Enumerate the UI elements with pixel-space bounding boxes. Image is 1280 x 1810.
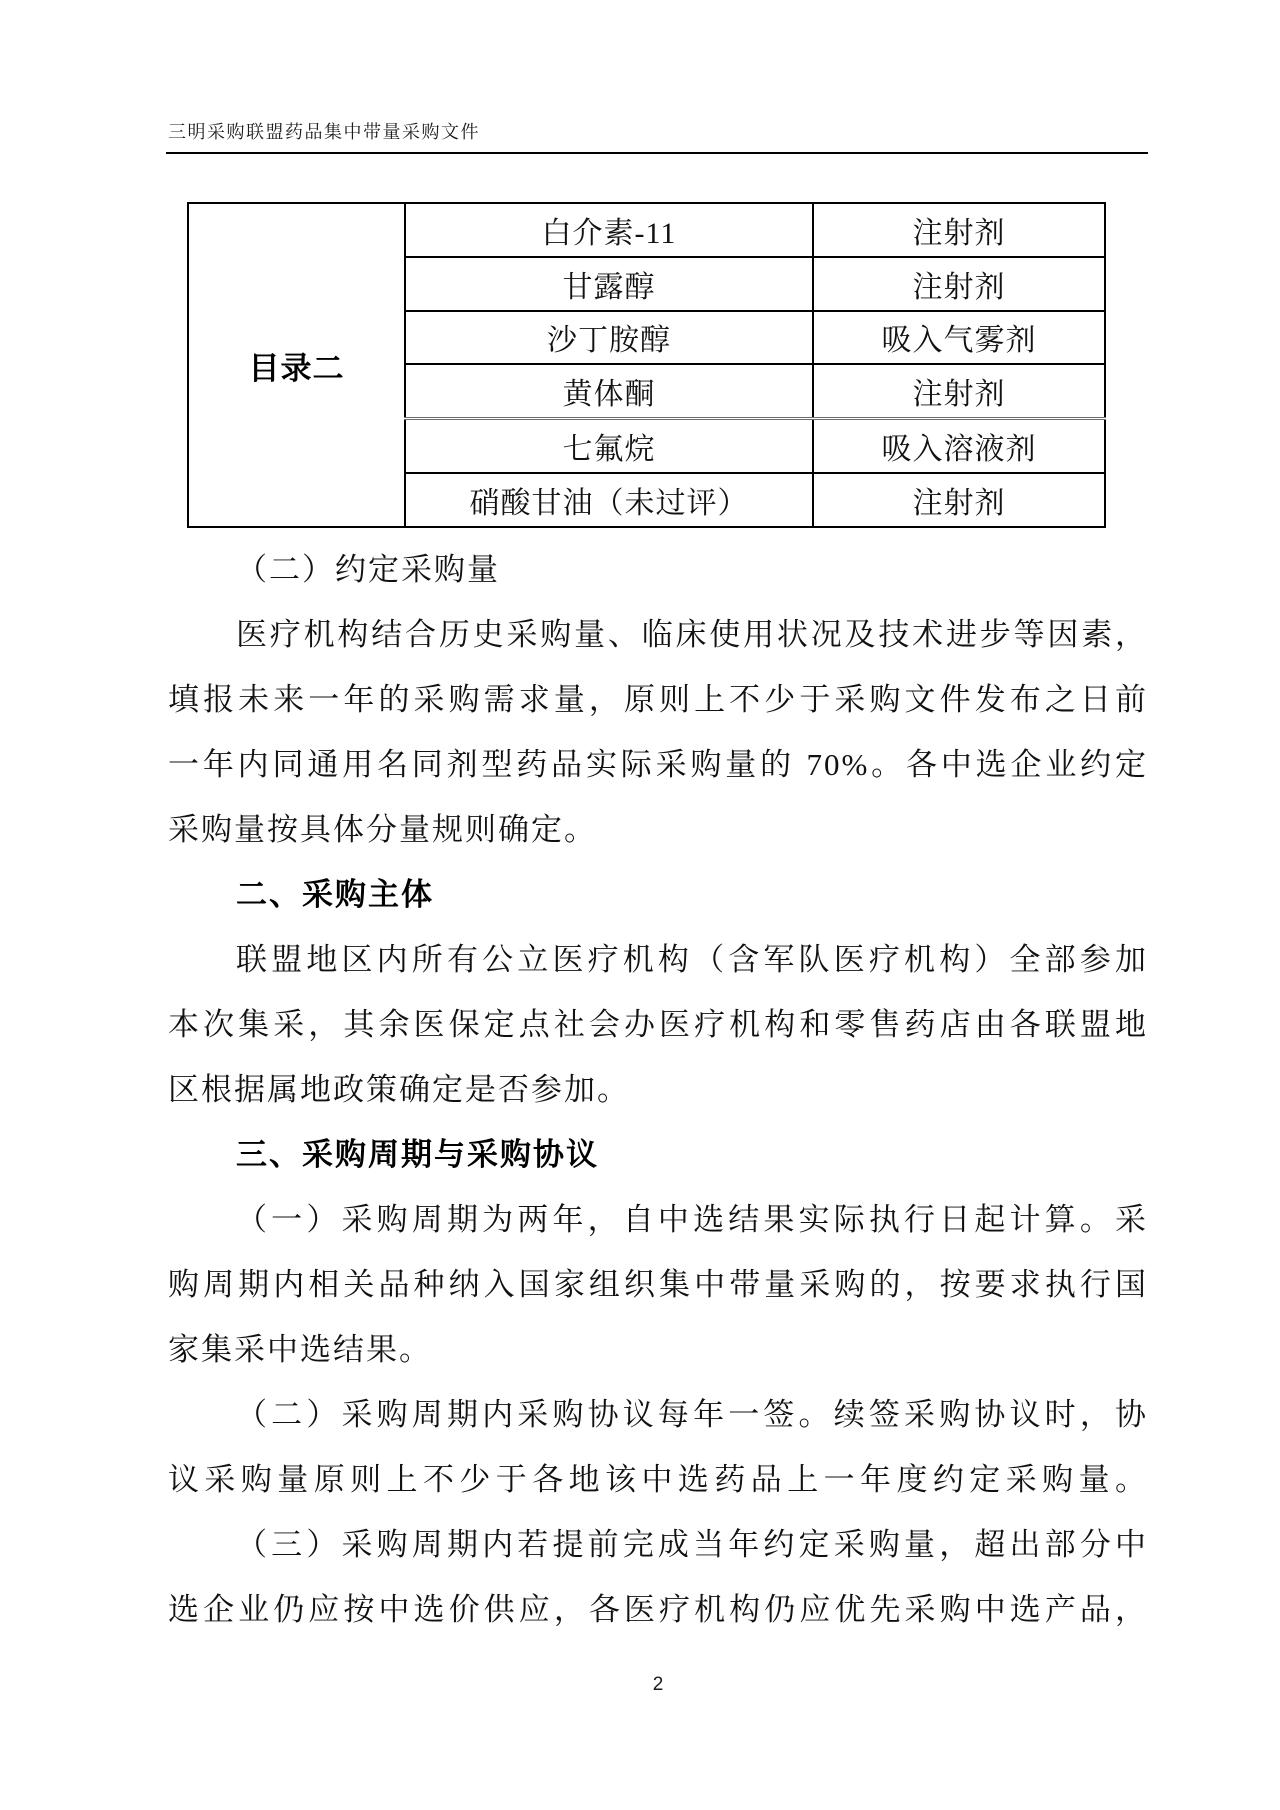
text-line: 购周期内相关品种纳入国家组织集中带量采购的，按要求执行国 (168, 1252, 1148, 1317)
text-line: 区根据属地政策确定是否参加。 (168, 1057, 1148, 1122)
dosage-form-cell: 注射剂 (813, 473, 1105, 527)
document-page: 三明采购联盟药品集中带量采购文件 目录二白介素-11 注射剂 甘露醇 注射剂 沙… (0, 0, 1280, 1810)
drug-name-cell: 沙丁胺醇 (405, 311, 813, 365)
text-line: （一）采购周期为两年，自中选结果实际执行日起计算。采 (168, 1187, 1148, 1252)
drug-name-cell: 硝酸甘油（未过评） (405, 473, 813, 527)
text-line: 议采购量原则上不少于各地该中选药品上一年度约定采购量。 (168, 1447, 1148, 1512)
drug-name-cell: 白介素-11 (405, 203, 813, 257)
drug-name-cell: 甘露醇 (405, 257, 813, 311)
section-heading: 二、采购主体 (168, 862, 1148, 927)
catalog-category-cell: 目录二 (188, 203, 405, 527)
text-line: 填报未来一年的采购需求量，原则上不少于采购文件发布之日前 (168, 667, 1148, 732)
text-line: 联盟地区内所有公立医疗机构（含军队医疗机构）全部参加 (168, 927, 1148, 992)
text-line: 一年内同通用名同剂型药品实际采购量的 70%。各中选企业约定 (168, 732, 1148, 797)
dosage-form-cell: 吸入气雾剂 (813, 311, 1105, 365)
text-line: 本次集采，其余医保定点社会办医疗机构和零售药店由各联盟地 (168, 992, 1148, 1057)
page-number: 2 (168, 1670, 1148, 1700)
dosage-form-cell: 注射剂 (813, 203, 1105, 257)
section-heading: 三、采购周期与采购协议 (168, 1122, 1148, 1187)
table-row: 目录二白介素-11 注射剂 (188, 203, 1105, 257)
text-line: 家集采中选结果。 (168, 1317, 1148, 1382)
dosage-form-cell: 注射剂 (813, 364, 1105, 418)
text-line: （二）采购周期内采购协议每年一签。续签采购协议时，协 (168, 1382, 1148, 1447)
document-body: （二）约定采购量医疗机构结合历史采购量、临床使用状况及技术进步等因素，填报未来一… (168, 537, 1148, 1642)
text-line: 选企业仍应按中选价供应，各医疗机构仍应优先采购中选产品， (168, 1577, 1148, 1642)
header-rule (166, 152, 1148, 154)
text-line: 采购量按具体分量规则确定。 (168, 797, 1148, 862)
dosage-form-cell: 注射剂 (813, 257, 1105, 311)
text-line: 医疗机构结合历史采购量、临床使用状况及技术进步等因素， (168, 602, 1148, 667)
catalog-table-body: 目录二白介素-11 注射剂 甘露醇 注射剂 沙丁胺醇 吸入气雾剂 黄体酮 注射剂… (188, 203, 1105, 527)
running-header-title: 三明采购联盟药品集中带量采购文件 (168, 118, 480, 144)
text-line: （二）约定采购量 (168, 537, 1148, 602)
catalog-table: 目录二白介素-11 注射剂 甘露醇 注射剂 沙丁胺醇 吸入气雾剂 黄体酮 注射剂… (187, 202, 1106, 528)
drug-name-cell: 七氟烷 (405, 419, 813, 473)
drug-name-cell: 黄体酮 (405, 364, 813, 418)
text-line: （三）采购周期内若提前完成当年约定采购量，超出部分中 (168, 1512, 1148, 1577)
dosage-form-cell: 吸入溶液剂 (813, 419, 1105, 473)
